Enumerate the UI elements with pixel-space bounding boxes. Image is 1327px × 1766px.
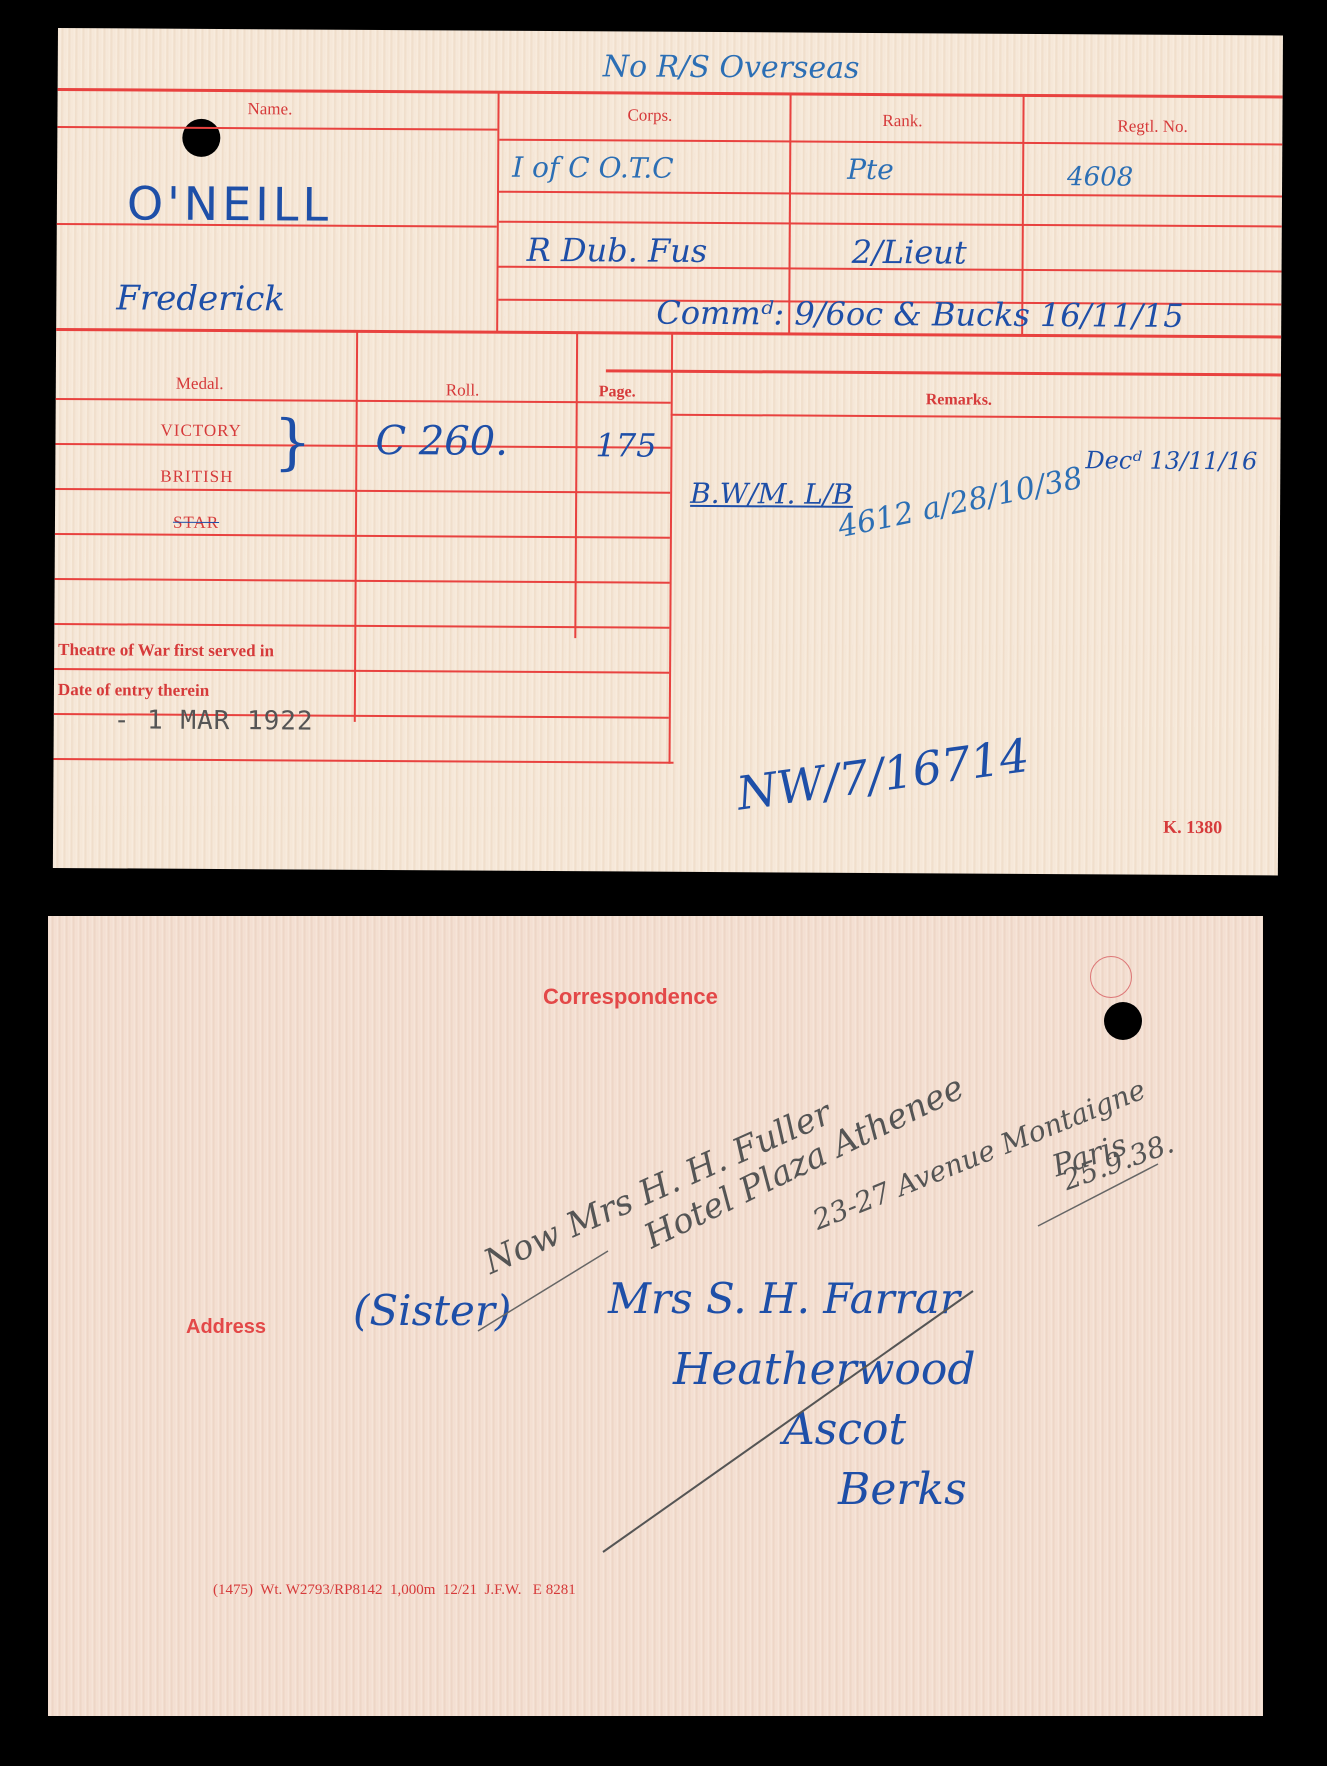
header-note: No R/S Overseas: [603, 49, 860, 86]
brace-mark: }: [273, 407, 312, 477]
rule: [499, 221, 1282, 228]
rule: [499, 191, 1282, 198]
rule: [55, 488, 670, 494]
date-stamp: - 1 MAR 1922: [114, 705, 314, 736]
regtl-no-1: 4608: [1067, 162, 1133, 192]
rule: [55, 443, 670, 449]
remarks-line1: B.W/M. L/B: [690, 477, 853, 511]
forename: Frederick: [116, 278, 285, 319]
corps-1: I of C O.T.C: [512, 151, 674, 185]
name-header: Name.: [247, 99, 292, 119]
rule: [54, 623, 669, 629]
rule: [54, 668, 669, 674]
medal-star-struck: STAR: [173, 513, 219, 533]
medal-card-front: No R/S Overseas Name. Corps. Rank. Regtl…: [53, 28, 1283, 875]
rule: [606, 369, 1281, 376]
theatre-label: Theatre of War first served in: [58, 640, 274, 661]
medal-page: 175: [595, 426, 656, 464]
medal-card-back: Correspondence Now Mrs H. H. Fuller Hote…: [48, 916, 1263, 1716]
rule: [55, 578, 670, 584]
rule: [57, 126, 497, 131]
medal-roll: C 260.: [375, 418, 508, 465]
form-number: K. 1380: [1163, 817, 1222, 838]
remarks-line2: 4612 a/28/10/38: [835, 461, 1086, 545]
entry-date-label: Date of entry therein: [58, 680, 209, 701]
rule: [671, 414, 1281, 420]
remarks-header: Remarks.: [926, 391, 992, 409]
punch-hole: [182, 119, 220, 157]
rank-1: Pte: [847, 153, 894, 186]
corps-2: R Dub. Fus: [527, 231, 708, 270]
printer-footer: (1475) Wt. W2793/RP8142 1,000m 12/21 J.F…: [213, 1582, 576, 1599]
page-header: Page.: [599, 383, 636, 401]
remarks-reference: NW/7/16714: [733, 728, 1032, 821]
rule: [54, 758, 674, 764]
rule: [56, 398, 671, 404]
regtl-no-header: Regtl. No.: [1117, 116, 1187, 136]
medal-victory: VICTORY: [160, 421, 241, 441]
remarks-deceased: Decᵈ 13/11/16: [1085, 446, 1257, 475]
medal-british: BRITISH: [160, 467, 233, 487]
rule: [58, 88, 1283, 98]
rule: [669, 334, 674, 764]
rule: [574, 333, 578, 638]
rule: [499, 139, 1282, 146]
rule: [354, 332, 358, 722]
rank-2: 2/Lieut: [852, 233, 967, 272]
rank-header: Rank.: [882, 111, 922, 131]
surname: O'NEILL: [127, 176, 332, 231]
roll-header: Roll.: [446, 380, 480, 400]
medal-header: Medal.: [176, 374, 224, 394]
commission-note: Commᵈ: 9/6oc & Bucks 16/11/15: [656, 294, 1184, 335]
rule: [55, 533, 670, 539]
corps-header: Corps.: [627, 105, 672, 125]
